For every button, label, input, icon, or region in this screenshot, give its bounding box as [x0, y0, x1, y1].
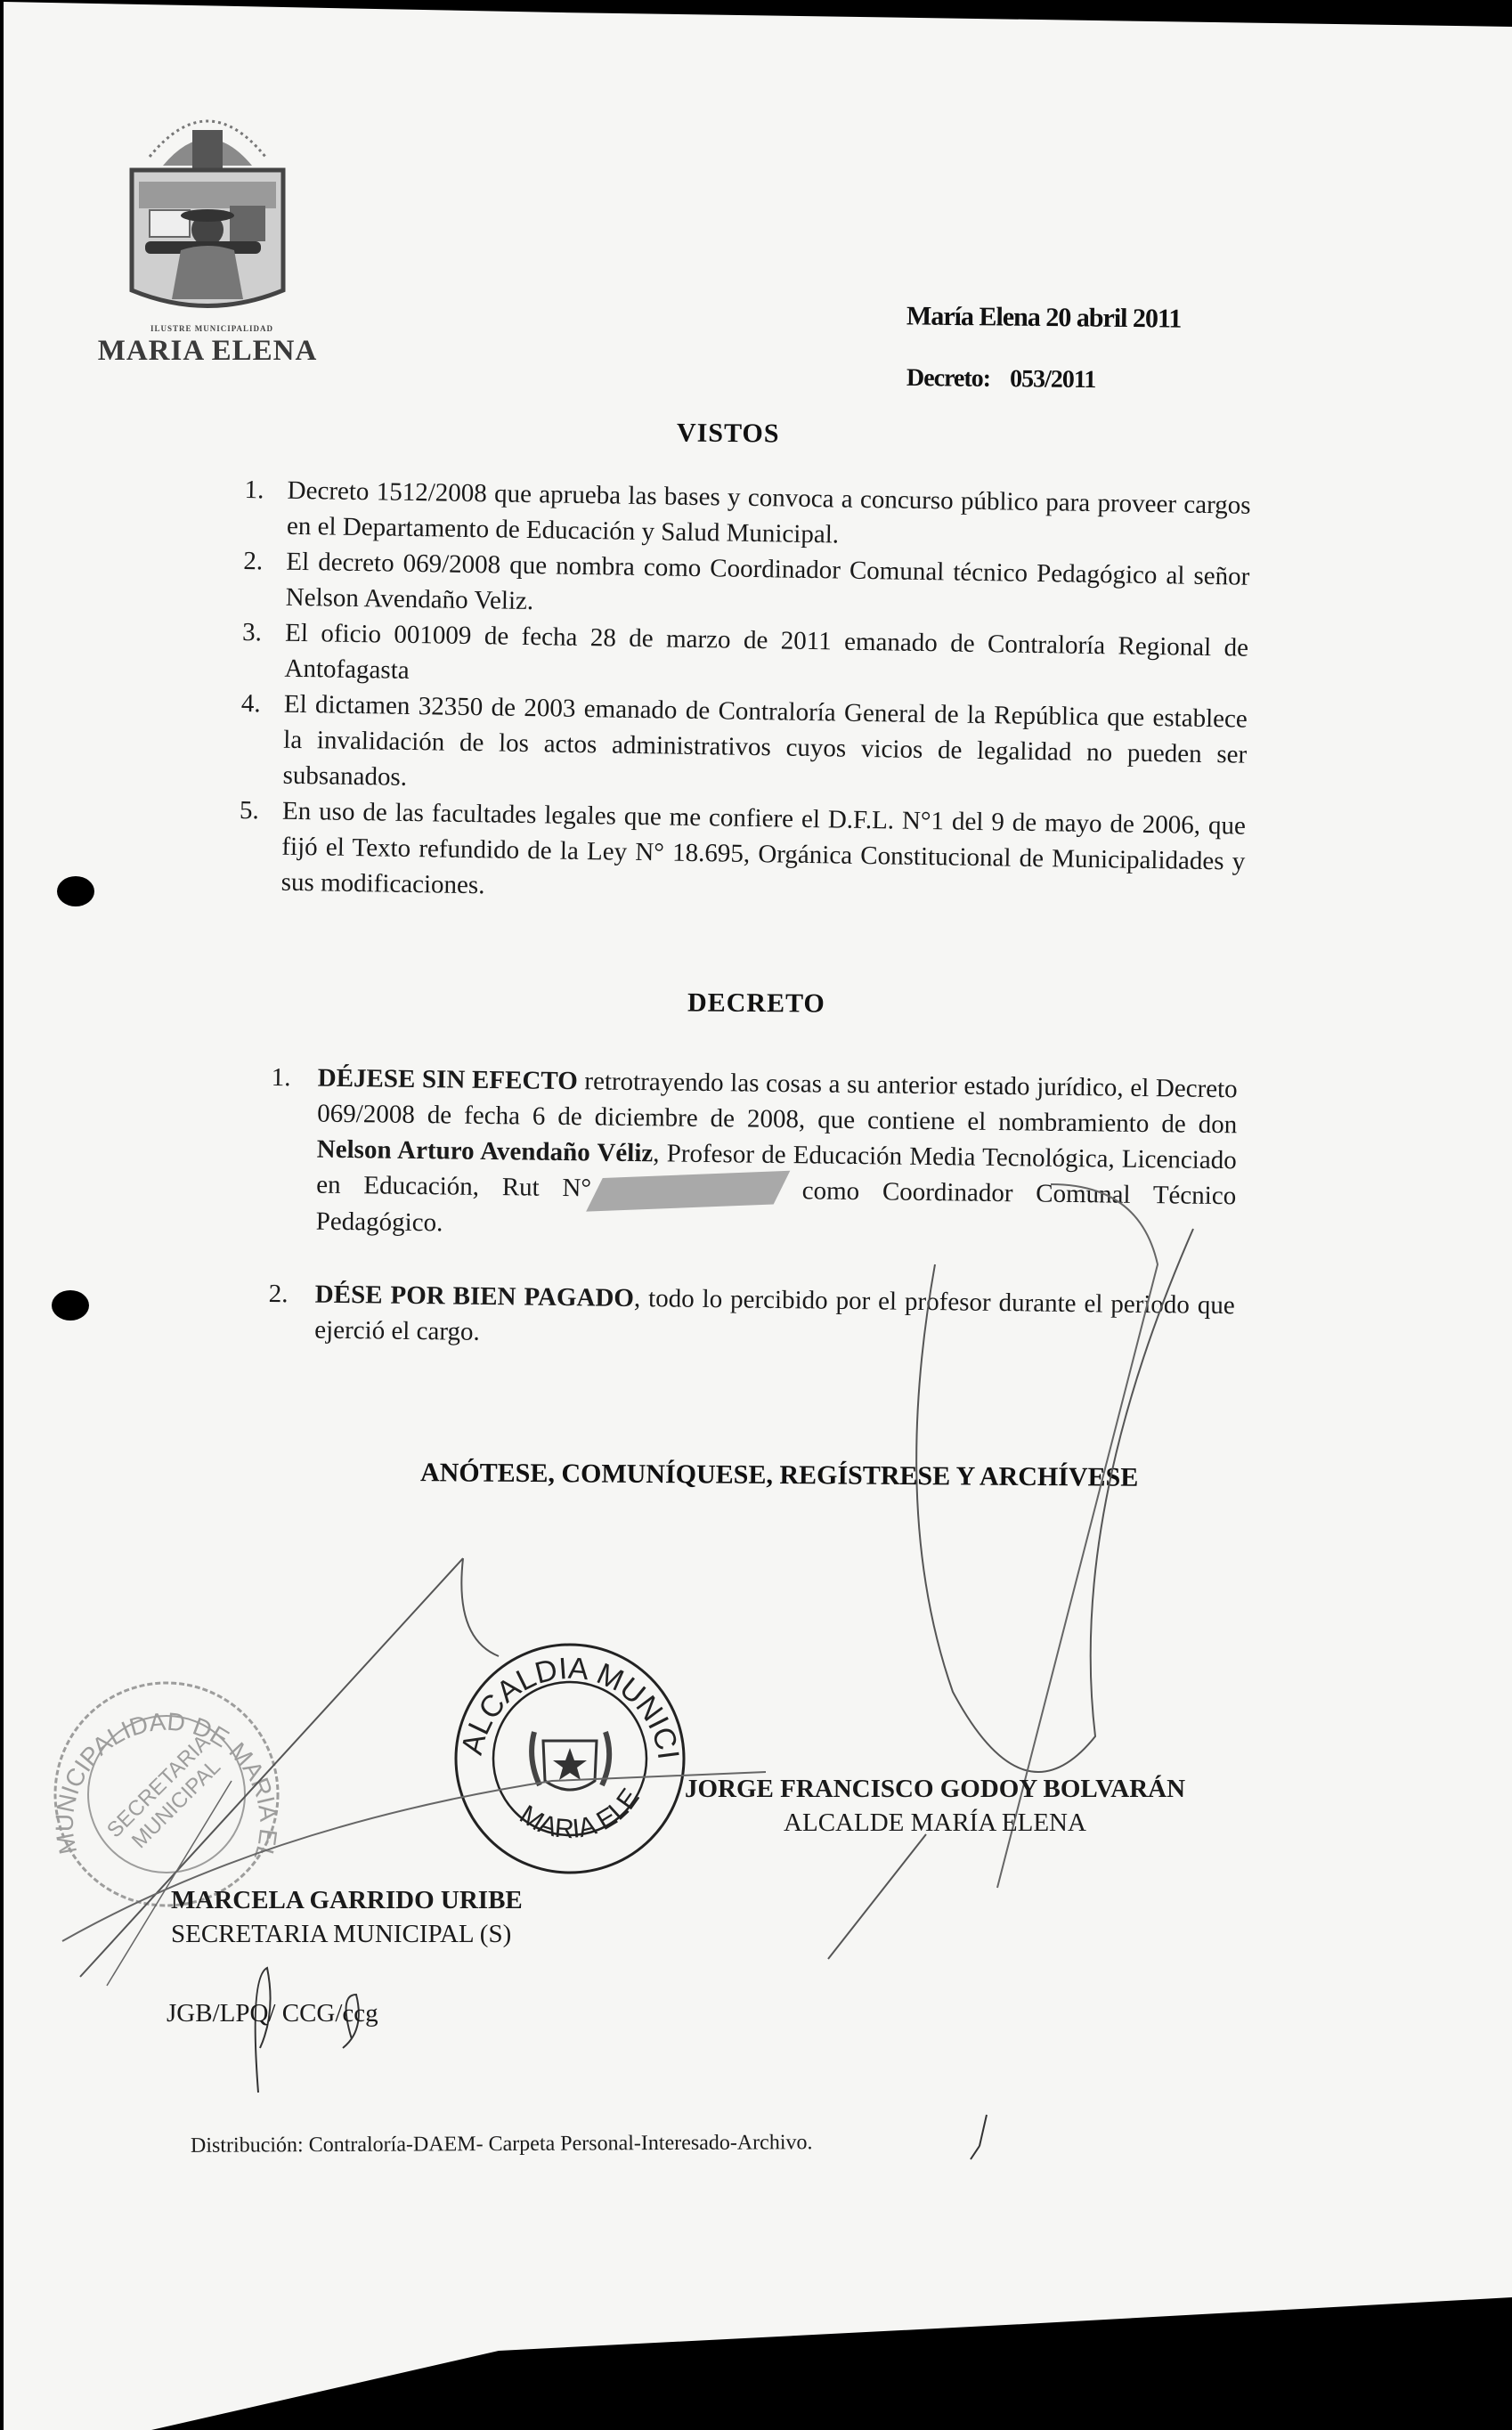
alcalde-title: ALCALDE MARÍA ELENA: [659, 1806, 1211, 1840]
vistos-item: 5.En uso de las facultades legales que m…: [238, 792, 1246, 915]
hole-punch: [57, 876, 94, 906]
alcaldia-stamp-icon: ALCALDIA MUNICIPAL MARIA ELENA: [445, 1634, 695, 1883]
redacted-rut: [586, 1171, 790, 1212]
letterhead-logo: ILUSTRE MUNICIPALIDAD MARIA ELENA: [114, 85, 301, 370]
reference-initials: JGB/LPQ/ CCG/ccg: [167, 1999, 378, 2028]
resolution-lead: DÉJESE SIN EFECTO: [318, 1064, 578, 1096]
secretaria-name: MARCELA GARRIDO URIBE: [171, 1883, 523, 1917]
decree-number: 053/2011: [1010, 365, 1096, 394]
secretaria-title: SECRETARIA MUNICIPAL (S): [171, 1917, 523, 1951]
decree-label: Decreto:: [906, 364, 990, 393]
closing-formula: ANÓTESE, COMUNÍQUESE, REGÍSTRESE Y ARCHÍ…: [420, 1458, 1139, 1493]
decreto-list: 1.DÉJESE SIN EFECTO retrotrayendo las co…: [268, 1060, 1238, 1360]
decreto-heading: DECRETO: [687, 987, 825, 1019]
appointee-name: Nelson Arturo Avendaño Véliz: [317, 1135, 654, 1168]
place-and-date: María Elena 20 abril 2011: [906, 301, 1182, 334]
resolution-lead: DÉSE POR BIEN PAGADO: [315, 1280, 635, 1313]
alcalde-signature-block: JORGE FRANCISCO GODOY BOLVARÁN ALCALDE M…: [659, 1772, 1211, 1840]
secretaria-stamp-icon: MUNICIPALIDAD DE MARIA ELENA SECRETARIA …: [46, 1674, 287, 1914]
hole-punch: [52, 1290, 89, 1321]
municipal-coat-of-arms-icon: [114, 85, 301, 317]
vistos-item: 4.El dictamen 32350 de 2003 emanado de C…: [240, 686, 1248, 809]
municipality-name: MARIA ELENA: [87, 335, 328, 368]
decreto-item: 2.DÉSE POR BIEN PAGADO, todo lo percibid…: [268, 1276, 1235, 1359]
svg-text:ALCALDIA MUNICIPAL: ALCALDIA MUNICIPAL: [445, 1634, 686, 1761]
decree-number-line: Decreto:053/2011: [906, 364, 1096, 394]
vistos-list: 1.Decreto 1512/2008 que aprueba las base…: [238, 472, 1250, 915]
letterhead-subtitle: ILUSTRE MUNICIPALIDAD: [123, 324, 301, 333]
decreto-item: 1.DÉJESE SIN EFECTO retrotrayendo las co…: [270, 1060, 1238, 1251]
vistos-heading: VISTOS: [677, 418, 780, 449]
alcalde-name: JORGE FRANCISCO GODOY BOLVARÁN: [659, 1772, 1211, 1806]
secretaria-signature-block: MARCELA GARRIDO URIBE SECRETARIA MUNICIP…: [171, 1883, 523, 1951]
distribution-list: Distribución: Contraloría-DAEM- Carpeta …: [191, 2131, 813, 2158]
